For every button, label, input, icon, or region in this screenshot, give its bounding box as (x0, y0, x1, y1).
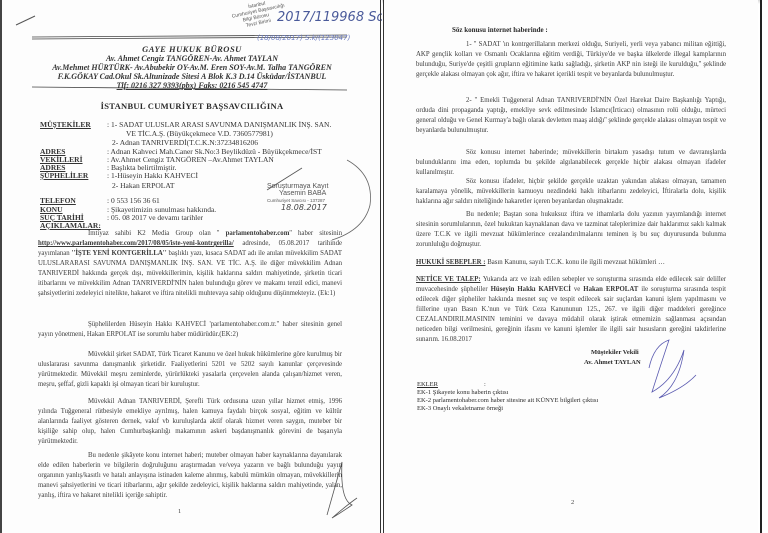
suspect-name: Hüseyin Hakkı KAHVECİ (491, 286, 571, 293)
lawyers-line-2: Av.Mehmet HÜRTÜRK- Av.Abubekir OY-Av.M. … (32, 63, 352, 72)
field-value: : 05. 08 2017 ve devamı tarihler (107, 213, 203, 222)
article-headline: ''İŞTE YENİ KONTGERİLLA'' (72, 250, 167, 257)
signature-name: Av. Ahmet TAYLAN (584, 359, 641, 366)
text: 2- '' Emekli Tuğgeneral Adnan TANRIVERDİ… (416, 96, 726, 136)
request-label: NETİCE VE TALEP: (416, 276, 481, 283)
attachment-item: EK-1 Şikayete konu haberin çıktısı (417, 389, 508, 396)
field-value: VE TİC.A.Ş. (Büyükçekmece V.D. 736057798… (126, 129, 273, 138)
body-paragraph-5: Bu nedenle şikâyete konu internet haberi… (38, 451, 342, 501)
text: Bu nedenle; Baştan sona hukuksuz iftira … (416, 210, 726, 250)
body-paragraph-2: Şüphelilerden Hüseyin Hakkı KAHVECİ 'par… (38, 320, 342, 340)
text: ile soruşturma sırasında tespit edilecek… (416, 286, 726, 343)
article-url-link[interactable]: http://www.parlamentohaber.com/2017/08/0… (38, 240, 234, 247)
field-label: TELEFON (40, 196, 76, 205)
conclusion-request: NETİCE VE TALEP: Yukarıda arz ve izah ed… (416, 275, 726, 345)
text: Basın Kanunu, sayılı T.C.K. konu ile ilg… (486, 259, 665, 266)
prosecutor-stamp: Soruşturmaya Kayıt Yasemin BABA Cumhuriy… (267, 183, 328, 211)
text: Müvekkil Adnan TANRIVERDİ, Şerefli Türk … (38, 397, 342, 447)
body-paragraph-1: İmtiyaz sahibi K2 Media Group olan '' pa… (38, 229, 342, 299)
lawyers-line-1: Av. Ahmet Cengiz TANGÖREN-Av. Ahmet TAYL… (32, 54, 352, 63)
attachments-colon: : (484, 381, 486, 388)
stamp-line: Soruşturmaya Kayıt (267, 183, 328, 190)
scan-edge (760, 0, 762, 533)
page-number: 2 (571, 499, 574, 506)
claim-item-2: 2- '' Emekli Tuğgeneral Adnan TANRIVERDİ… (416, 96, 726, 136)
body-paragraph-3: Müvekkil şirket SADAT, Türk Ticaret Kanu… (38, 350, 342, 390)
text: 1- '' SADAT 'ın kontrgerillaların merkez… (416, 40, 726, 80)
text: ve (571, 286, 583, 293)
text: Şüphelilerden Hüseyin Hakkı KAHVECİ 'par… (38, 320, 342, 340)
attachments-label: EKLER (417, 381, 438, 388)
text: Müvekkil şirket SADAT, Türk Ticaret Kanu… (38, 350, 342, 390)
stamp-line: Yasemin BABA (267, 190, 328, 197)
body-paragraph-a: Söz konusu internet haberinde; müvekkill… (416, 148, 726, 178)
handwritten-file-number: 2017/119968 Sor. (277, 10, 382, 25)
text: Söz konusu ifadeler, hiçbir şekilde gerç… (416, 177, 726, 207)
field-value: : 1- SADAT ULUSLAR ARASI SAVUNMA DANIŞMA… (107, 120, 331, 129)
firm-address: F.K.GÖKAY Cad.Okul Sk.Altunizade Sitesi … (32, 72, 352, 81)
page-divider (380, 0, 381, 533)
addressee-title: İSTANBUL CUMURİYET BAŞSAVCILIĞINA (32, 101, 352, 111)
text: başlıklı yazı, kısaca SADAT adı ile anıl… (38, 250, 342, 297)
text: '' haber sitesinin (289, 230, 342, 237)
body-paragraph-4: Müvekkil Adnan TANRIVERDİ, Şerefli Türk … (38, 397, 342, 447)
handwritten-note: (18/08/2017) S.k/(123047) (257, 34, 350, 42)
legal-grounds: HUKUKİ SEBEPLER : Basın Kanunu, sayılı T… (416, 258, 726, 268)
attachment-item: EK-2 parlamentohaber.com haber sitesine … (417, 397, 598, 404)
text: Söz konusu internet haberinde; müvekkill… (416, 148, 726, 178)
claim-item-1: 1- '' SADAT 'ın kontrgerillaların merkez… (416, 40, 726, 80)
field-value: 2- Adnan TANRIVERDİ(T.C.K.N:37234816206 (112, 138, 258, 147)
page-number: 1 (178, 508, 181, 515)
section-heading: Söz konusu internet haberinde : (452, 26, 548, 34)
suspect-name: Hakan ERPOLAT (583, 286, 638, 293)
field-label: ŞÜPHELİLER (40, 171, 88, 180)
signature-title: Müştekiler Vekili (591, 349, 639, 356)
text: Bu nedenle şikâyete konu internet haberi… (38, 451, 342, 501)
attachment-item: EK-3 Onaylı vekaletname örneği (417, 405, 503, 412)
document-page-1: İstanbul Cumhuriyet Başsavcılığı Bilgi B… (0, 0, 382, 533)
field-value: : 0 553 156 36 61 (107, 196, 160, 205)
legal-grounds-label: HUKUKİ SEBEPLER : (416, 259, 486, 266)
field-label: MÜŞTEKİLER (40, 120, 91, 129)
firm-name: GAYE HUKUK BÜROSU (32, 44, 352, 54)
stamp-date: 18.08.2017 (267, 204, 328, 211)
site-name: parlamentohaber.com (226, 230, 290, 237)
firm-phone-fax: Tlf: 0216 327 9393(pbx) Faks: 0216 545 4… (32, 81, 352, 90)
field-value: 2- Hakan ERPOLAT (112, 181, 175, 190)
document-page-2: Söz konusu internet haberinde : 1- '' SA… (384, 0, 758, 533)
text: İmtiyaz sahibi K2 Media Group olan '' (88, 230, 226, 237)
field-value: : 1-Hüseyin Hakkı KAHVECİ (107, 171, 198, 180)
body-paragraph-b: Söz konusu ifadeler, hiçbir şekilde gerç… (416, 177, 726, 207)
body-paragraph-c: Bu nedenle; Baştan sona hukuksuz iftira … (416, 210, 726, 250)
